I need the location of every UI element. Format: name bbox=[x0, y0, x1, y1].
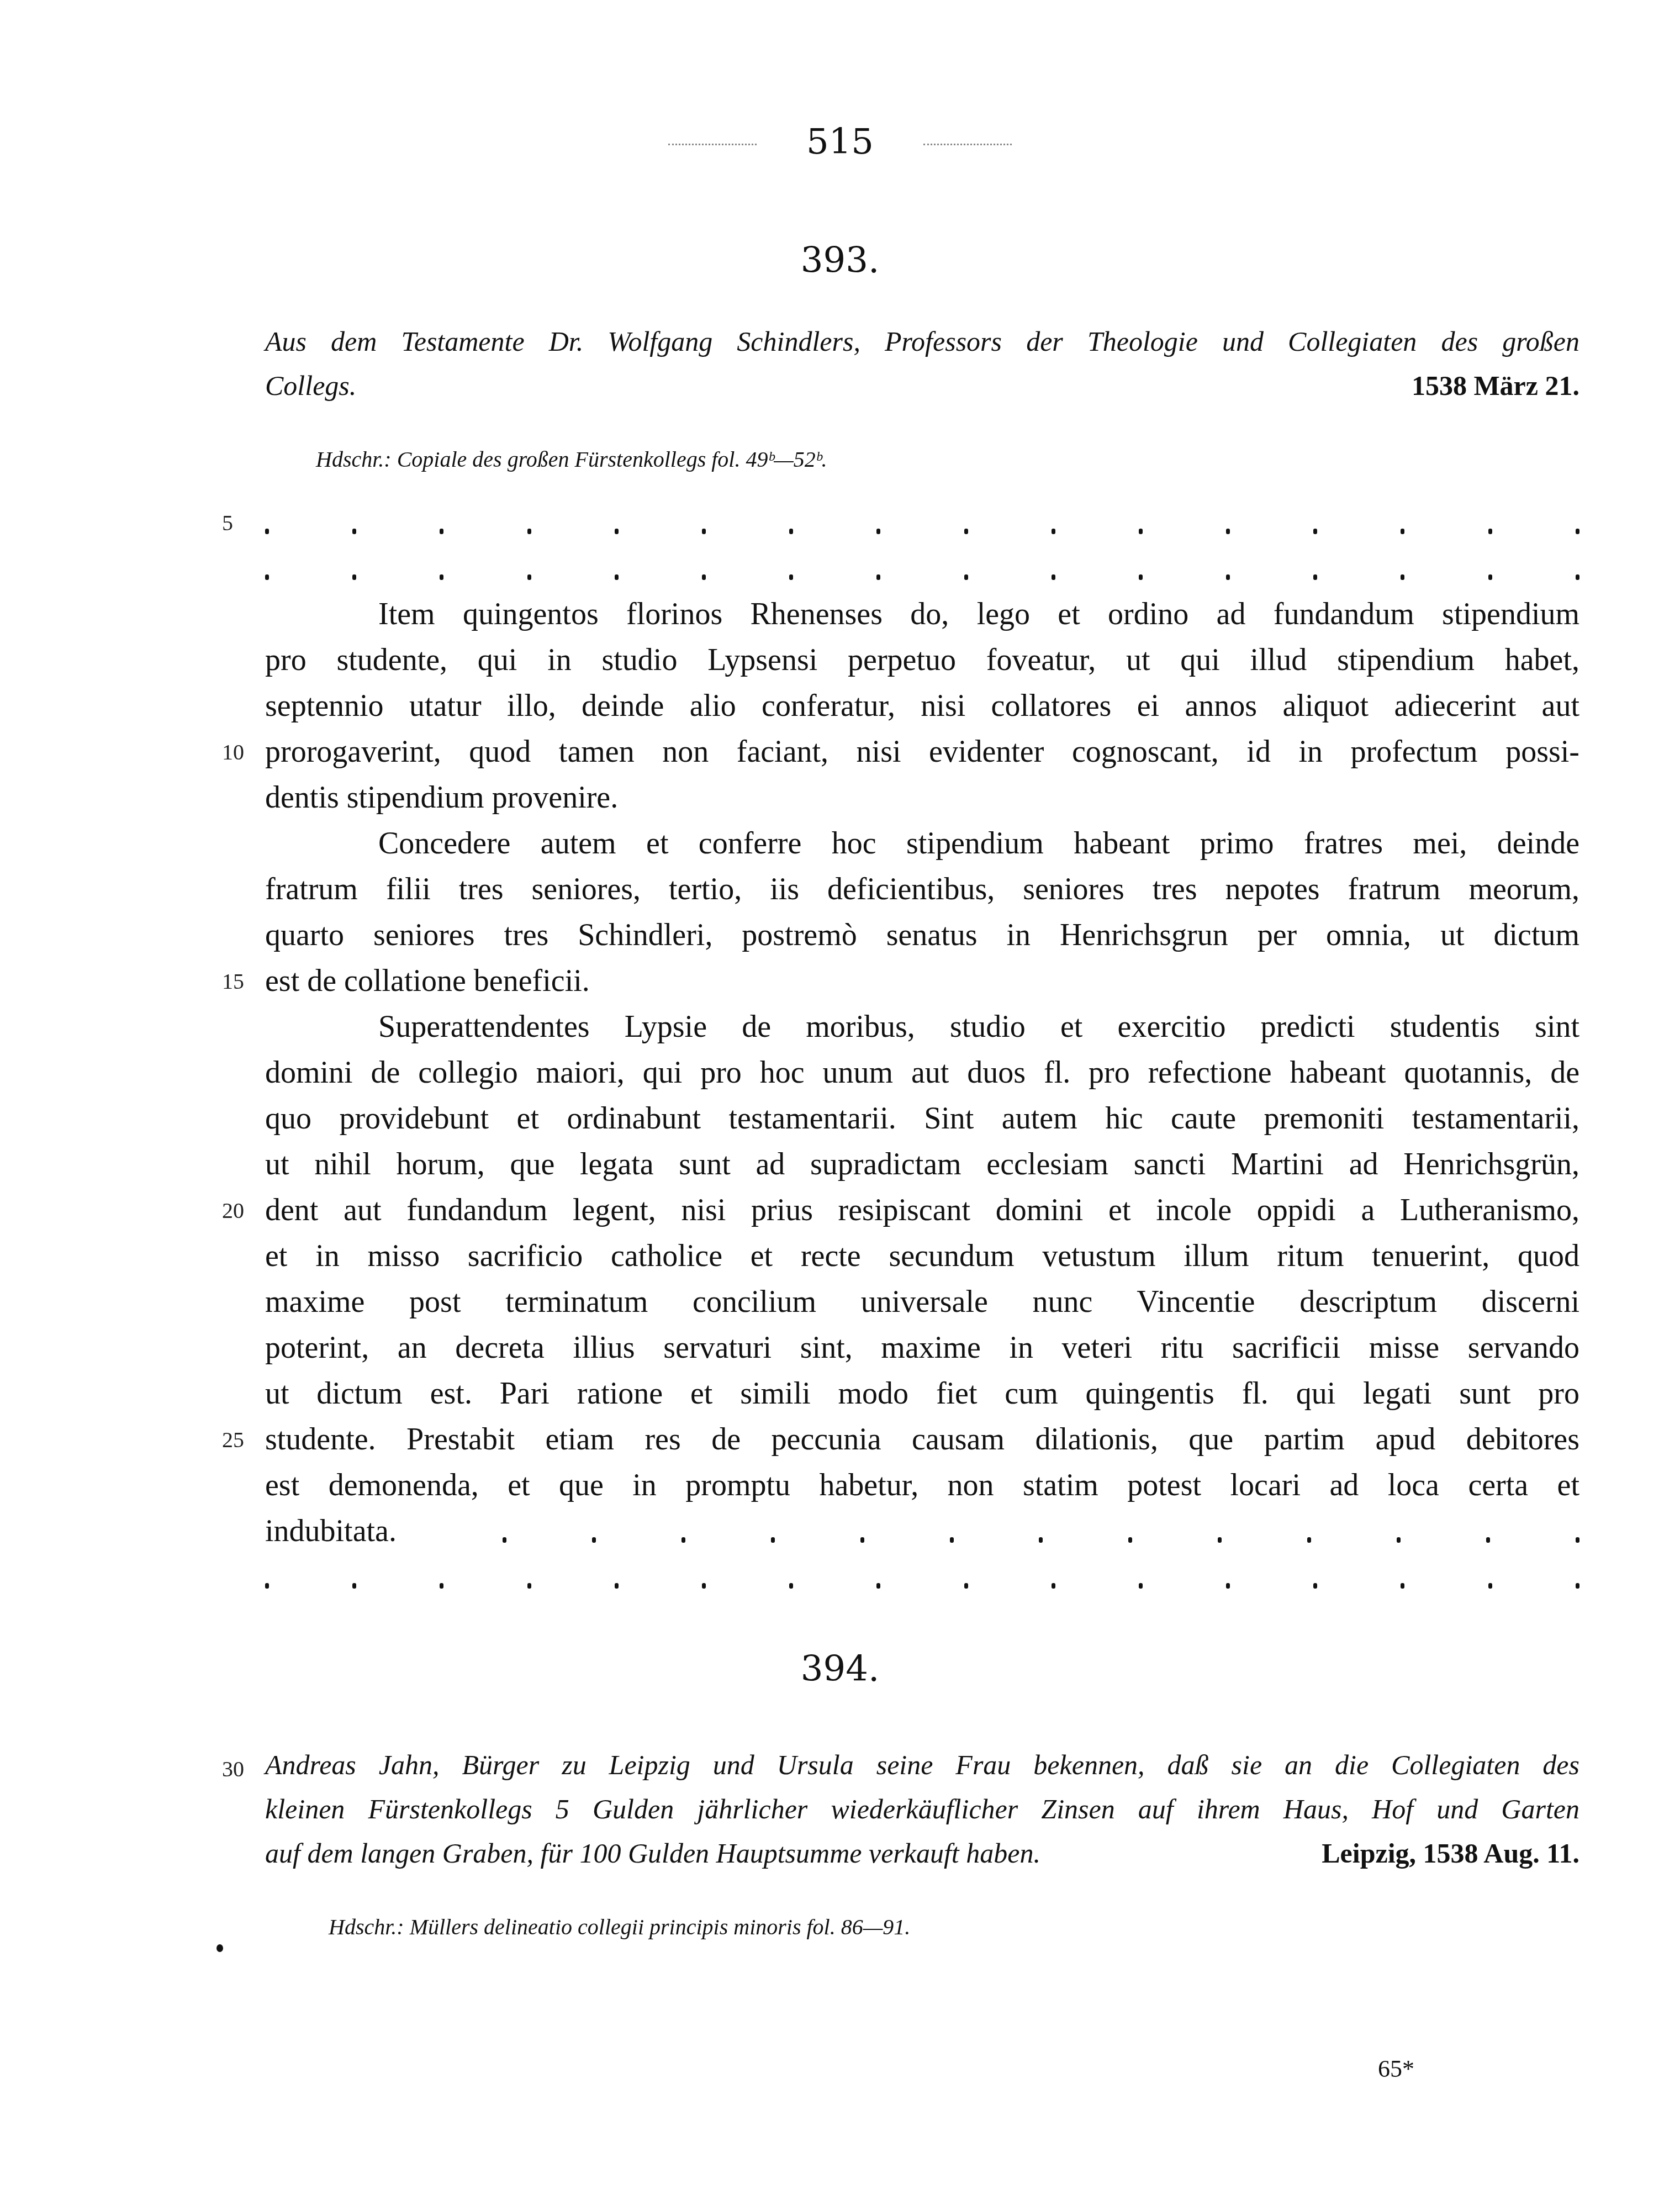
heading-line: Andreas Jahn, Bürger zu Leipzig und Ursu… bbox=[265, 1743, 1579, 1787]
line-number: 10 bbox=[222, 729, 244, 775]
entry-number-394: 394. bbox=[0, 1649, 1680, 1690]
line-number: 5 bbox=[222, 500, 233, 546]
text-line: domini de collegio maiori, qui pro hoc u… bbox=[265, 1050, 1579, 1096]
text-line: ut nihil horum, que legata sunt ad supra… bbox=[265, 1142, 1579, 1188]
text-line: prorogaverint, quod tamen non faciant, n… bbox=[265, 729, 1579, 775]
entry-393-date: 1538 März 21. bbox=[1412, 363, 1579, 408]
text-line: Superattendentes Lypsie de moribus, stud… bbox=[265, 1004, 1579, 1050]
ellipsis-row bbox=[265, 1554, 1579, 1600]
text-line: quarto seniores tres Schindleri, postrem… bbox=[265, 912, 1579, 958]
entry-393-body: 5 Item quingentos florinos Rhenenses do,… bbox=[265, 500, 1579, 1549]
entry-393-source: Hdschr.: Copiale des großen Fürstenkolle… bbox=[316, 446, 827, 472]
text-line-numbered: 20 dent aut fundandum legent, nisi prius… bbox=[265, 1188, 1579, 1233]
text-line: et in misso sacrificio catholice et rect… bbox=[265, 1233, 1579, 1279]
omission-dots bbox=[265, 1554, 1579, 1589]
heading-line-text: Collegs. bbox=[265, 370, 356, 401]
text-line: est demonenda, et que in promptu habetur… bbox=[265, 1463, 1579, 1508]
omission-dots bbox=[265, 546, 1579, 580]
signature-mark: 65* bbox=[1378, 2055, 1414, 2083]
page-number: 515 bbox=[806, 122, 874, 162]
running-head: 515 bbox=[0, 122, 1680, 162]
text-line: studente. Prestabit etiam res de peccuni… bbox=[265, 1417, 1579, 1463]
line-number: 30 bbox=[222, 1747, 244, 1791]
text-line: maxime post terminatum concilium univers… bbox=[265, 1279, 1579, 1325]
text-line: fratrum filii tres seniores, tertio, iis… bbox=[265, 867, 1579, 912]
heading-line-last: Collegs. 1538 März 21. bbox=[265, 363, 1579, 408]
ellipsis-row bbox=[265, 546, 1579, 592]
text-line: dentis stipendium provenire. bbox=[265, 775, 1579, 821]
heading-line: kleinen Fürstenkollegs 5 Gulden jährlich… bbox=[265, 1787, 1579, 1831]
text-line: dent aut fundandum legent, nisi prius re… bbox=[265, 1188, 1579, 1233]
heading-line: Aus dem Testamente Dr. Wolfgang Schindle… bbox=[265, 319, 1579, 363]
text-line-numbered: 15 est de collatione beneficii. bbox=[265, 958, 1579, 1004]
text-line-with-dots: indubitata. bbox=[265, 1508, 1579, 1554]
ink-speck bbox=[216, 1944, 223, 1952]
omission-dots bbox=[503, 1508, 1579, 1543]
decorative-rule-right bbox=[923, 144, 1012, 145]
entry-number-393: 393. bbox=[0, 240, 1680, 281]
entry-394-source: Hdschr.: Müllers delineatio collegii pri… bbox=[329, 1914, 910, 1940]
text-line: ut dictum est. Pari ratione et simili mo… bbox=[265, 1371, 1579, 1417]
text-line: Item quingentos florinos Rhenenses do, l… bbox=[265, 592, 1579, 637]
text-line: est de collatione beneficii. bbox=[265, 958, 1579, 1004]
text-line: quo providebunt et ordinabunt testamenta… bbox=[265, 1096, 1579, 1142]
omission-dots bbox=[265, 500, 1579, 534]
text-line: septennio utatur illo, deinde alio confe… bbox=[265, 683, 1579, 729]
decorative-rule-left bbox=[668, 144, 757, 145]
text-line-numbered: 25 studente. Prestabit etiam res de pecc… bbox=[265, 1417, 1579, 1463]
line-number: 25 bbox=[222, 1417, 244, 1463]
entry-393-heading: Aus dem Testamente Dr. Wolfgang Schindle… bbox=[265, 319, 1579, 408]
heading-line-text: auf dem langen Graben, für 100 Gulden Ha… bbox=[265, 1838, 1040, 1869]
line-number: 15 bbox=[222, 958, 244, 1004]
text-line: indubitata. bbox=[265, 1514, 397, 1548]
entry-394-date: Leipzig, 1538 Aug. 11. bbox=[1322, 1831, 1579, 1875]
text-line: poterint, an decreta illius servaturi si… bbox=[265, 1325, 1579, 1371]
text-line-numbered: 10 prorogaverint, quod tamen non faciant… bbox=[265, 729, 1579, 775]
ellipsis-row: 5 bbox=[265, 500, 1579, 546]
line-number: 20 bbox=[222, 1188, 244, 1233]
text-line: pro studente, qui in studio Lypsensi per… bbox=[265, 637, 1579, 683]
text-line: Concedere autem et conferre hoc stipendi… bbox=[265, 821, 1579, 867]
heading-line-last: auf dem langen Graben, für 100 Gulden Ha… bbox=[265, 1831, 1579, 1875]
entry-394-heading: 30 Andreas Jahn, Bürger zu Leipzig und U… bbox=[265, 1743, 1579, 1875]
